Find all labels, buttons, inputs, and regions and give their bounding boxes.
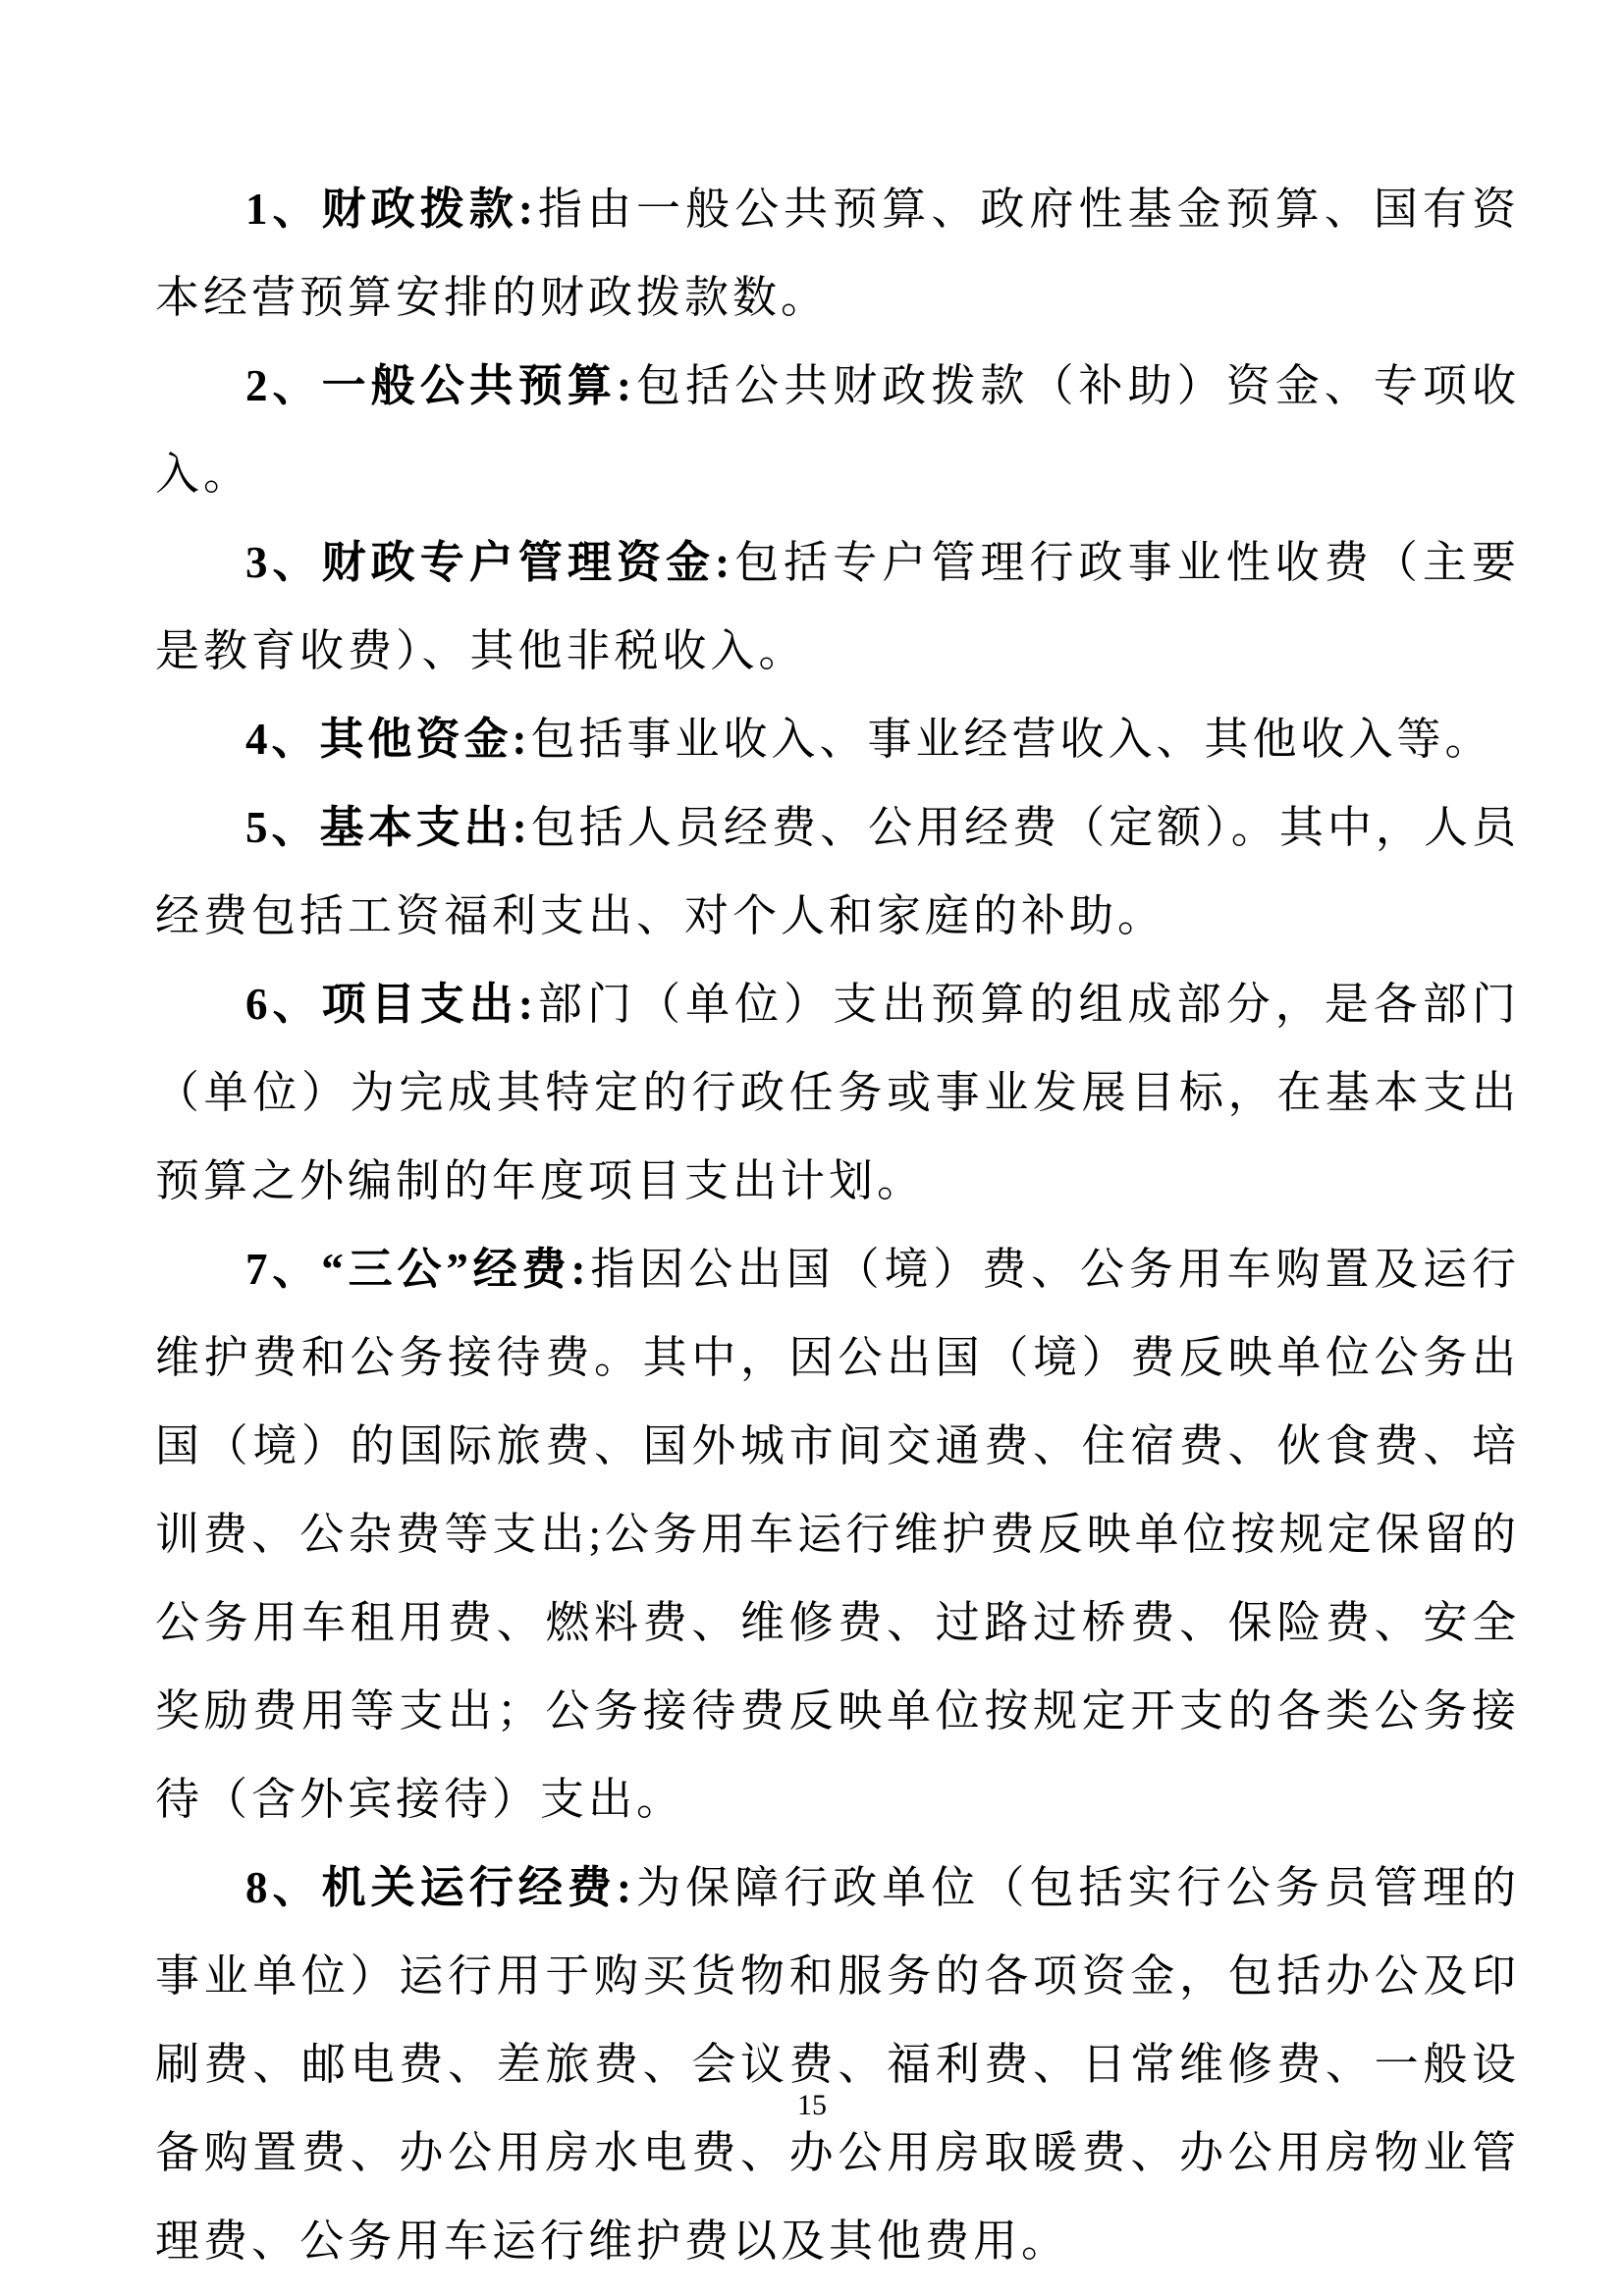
term-label: 5、基本支出:	[245, 803, 531, 852]
document-page: 1、财政拨款:指由一般公共预算、政府性基金预算、国有资本经营预算安排的财政拨款数…	[0, 0, 1624, 2296]
definition-paragraph: 7、“三公”经费:指因公出国（境）费、公务用车购置及运行维护费和公务接待费。其中…	[155, 1225, 1520, 1843]
definition-paragraph: 6、项目支出:部门（单位）支出预算的组成部分，是各部门（单位）为完成其特定的行政…	[155, 960, 1520, 1225]
term-definition: 为保障行政单位（包括实行公务员管理的事业单位）运行用于购买货物和服务的各项资金，…	[155, 1863, 1520, 2266]
term-label: 2、一般公共预算:	[245, 361, 635, 410]
definition-paragraph: 3、财政专户管理资金:包括专户管理行政事业性收费（主要是教育收费）、其他非税收入…	[155, 518, 1520, 695]
term-label: 6、项目支出:	[245, 980, 537, 1029]
definition-paragraph: 5、基本支出:包括人员经费、公用经费（定额）。其中，人员经费包括工资福利支出、对…	[155, 783, 1520, 960]
term-label: 4、其他资金:	[245, 715, 531, 764]
term-definition: 指因公出国（境）费、公务用车购置及运行维护费和公务接待费。其中，因公出国（境）费…	[155, 1245, 1520, 1824]
term-label: 8、机关运行经费:	[245, 1863, 635, 1912]
term-label: 7、“三公”经费:	[245, 1245, 589, 1294]
term-label: 1、财政拨款:	[245, 185, 537, 234]
page-number: 15	[0, 2089, 1624, 2122]
term-label: 3、财政专户管理资金:	[245, 538, 733, 587]
definition-paragraph: 1、财政拨款:指由一般公共预算、政府性基金预算、国有资本经营预算安排的财政拨款数…	[155, 165, 1520, 342]
definition-paragraph: 4、其他资金:包括事业收入、事业经营收入、其他收入等。	[155, 695, 1520, 783]
term-definition: 包括事业收入、事业经营收入、其他收入等。	[531, 715, 1493, 764]
definition-paragraph: 2、一般公共预算:包括公共财政拨款（补助）资金、专项收入。	[155, 342, 1520, 518]
document-body: 1、财政拨款:指由一般公共预算、政府性基金预算、国有资本经营预算安排的财政拨款数…	[155, 165, 1520, 2285]
definition-paragraph: 8、机关运行经费:为保障行政单位（包括实行公务员管理的事业单位）运行用于购买货物…	[155, 1843, 1520, 2285]
